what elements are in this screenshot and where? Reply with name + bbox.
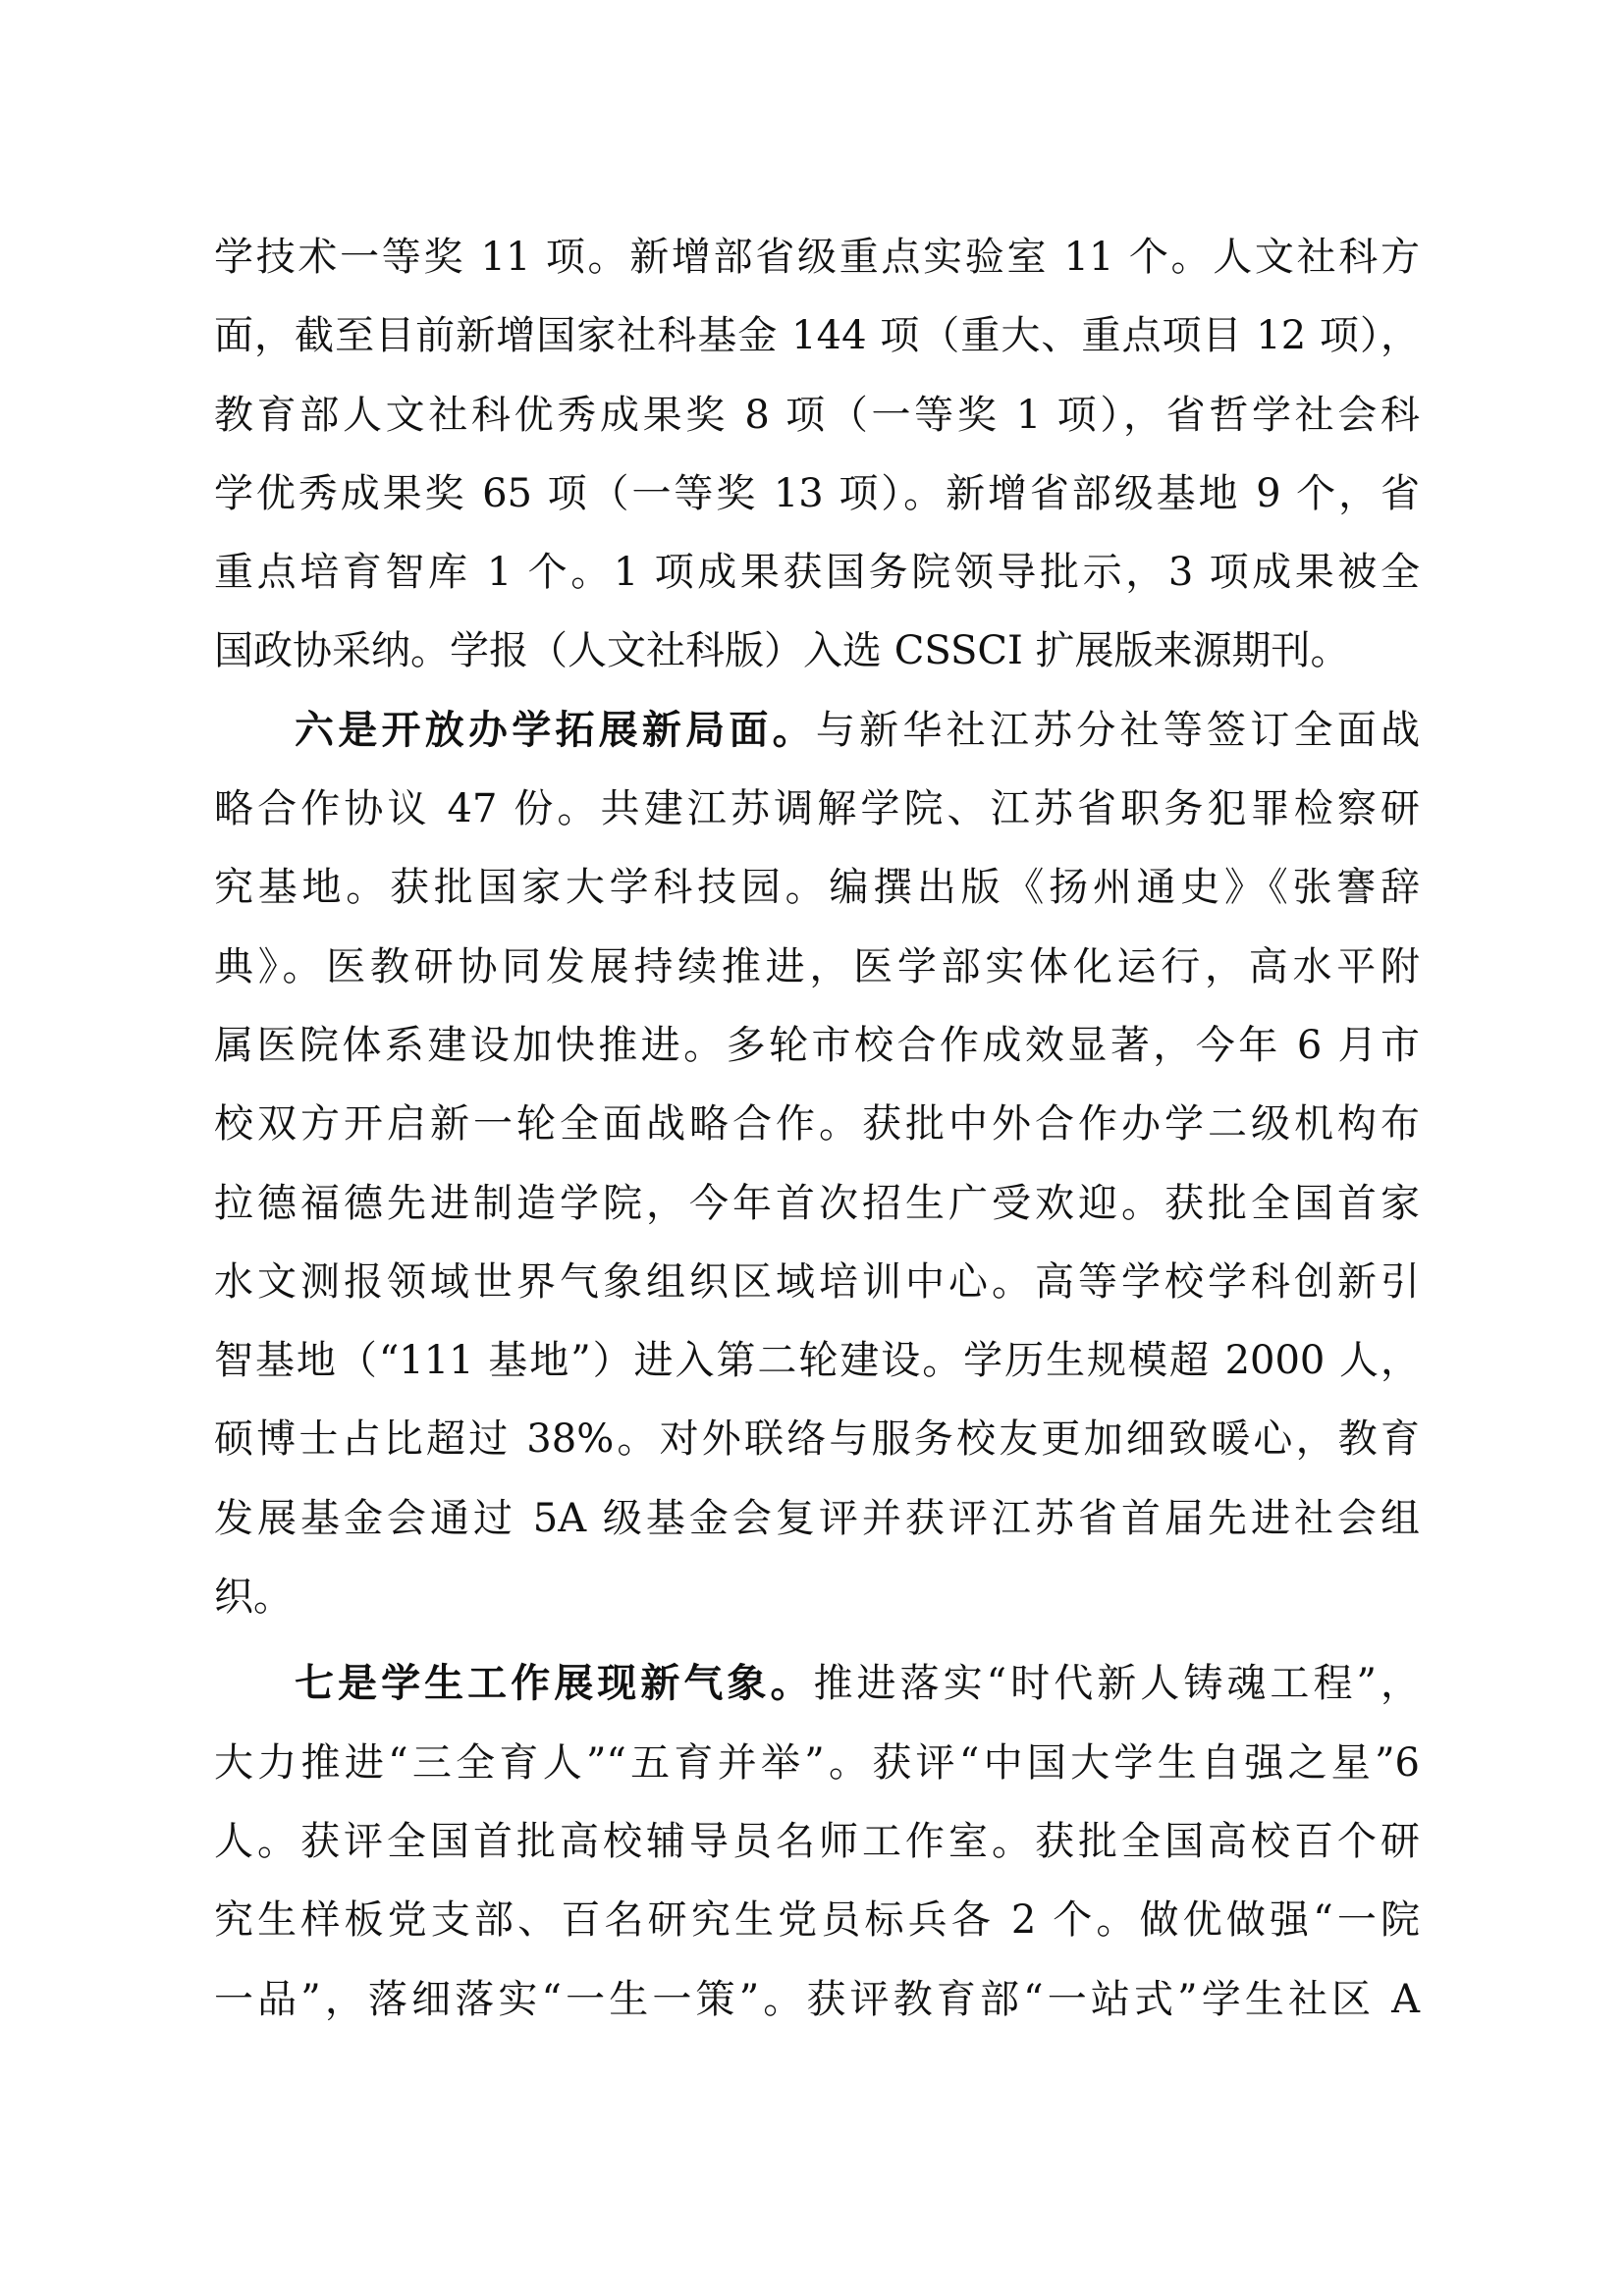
text-line: 究基地。获批国家大学科技园。编撰出版《扬州通史》《张謇辞 <box>214 848 1420 927</box>
text-line: 究生样板党支部、百名研究生党员标兵各 2 个。做优做强“一院 <box>214 1881 1420 1959</box>
text-line: 面，截至目前新增国家社科基金 144 项（重大、重点项目 12 项）， <box>214 296 1420 375</box>
document-page: 学技术一等奖 11 项。新增部省级重点实验室 11 个。人文社科方 面，截至目前… <box>214 218 1420 2039</box>
paragraph-research-continuation: 学技术一等奖 11 项。新增部省级重点实验室 11 个。人文社科方 面，截至目前… <box>214 218 1420 691</box>
text-line: 学优秀成果奖 65 项（一等奖 13 项）。新增省部级基地 9 个，省 <box>214 454 1420 533</box>
text-line: 硕博士占比超过 38%。对外联络与服务校友更加细致暖心，教育 <box>214 1400 1420 1478</box>
text-line: 一品”，落细落实“一生一策”。获评教育部“一站式”学生社区 A <box>214 1960 1420 2039</box>
text-line: 学技术一等奖 11 项。新增部省级重点实验室 11 个。人文社科方 <box>214 218 1420 296</box>
text-line: 重点培育智库 1 个。1 项成果获国务院领导批示，3 项成果被全 <box>214 533 1420 612</box>
section-heading: 七是学生工作展现新气象。 <box>295 1661 814 1706</box>
text-line: 大力推进“三全育人”“五育并举”。获评“中国大学生自强之星”6 <box>214 1724 1420 1802</box>
paragraph-spacer <box>214 1636 1420 1644</box>
text-line: 拉德福德先进制造学院，今年首次招生广受欢迎。获批全国首家 <box>214 1164 1420 1243</box>
text-line: 校双方开启新一轮全面战略合作。获批中外合作办学二级机构布 <box>214 1085 1420 1163</box>
text-line: 人。获评全国首批高校辅导员名师工作室。获批全国高校百个研 <box>214 1802 1420 1881</box>
paragraph-open-education: 六是开放办学拓展新局面。与新华社江苏分社等签订全面战 略合作协议 47 份。共建… <box>214 691 1420 1637</box>
text-line: 国政协采纳。学报（人文社科版）入选 CSSCI 扩展版来源期刊。 <box>214 612 1420 690</box>
text-line: 发展基金会通过 5A 级基金会复评并获评江苏省首届先进社会组 <box>214 1479 1420 1558</box>
text-line: 典》。医教研协同发展持续推进，医学部实体化运行，高水平附 <box>214 928 1420 1006</box>
text-line: 教育部人文社科优秀成果奖 8 项（一等奖 1 项），省哲学社会科 <box>214 376 1420 454</box>
text-line: 略合作协议 47 份。共建江苏调解学院、江苏省职务犯罪检察研 <box>214 770 1420 848</box>
text-line: 织。 <box>214 1558 1420 1636</box>
text-line: 智基地（“111 基地”）进入第二轮建设。学历生规模超 2000 人， <box>214 1321 1420 1400</box>
text-line: 水文测报领域世界气象组织区域培训中心。高等学校学科创新引 <box>214 1243 1420 1321</box>
paragraph-first-line: 七是学生工作展现新气象。推进落实“时代新人铸魂工程”， <box>214 1644 1420 1723</box>
text-run: 与新华社江苏分社等签订全面战 <box>816 708 1420 753</box>
section-heading: 六是开放办学拓展新局面。 <box>295 708 816 753</box>
text-line: 属医院体系建设加快推进。多轮市校合作成效显著，今年 6 月市 <box>214 1006 1420 1085</box>
paragraph-student-work: 七是学生工作展现新气象。推进落实“时代新人铸魂工程”， 大力推进“三全育人”“五… <box>214 1644 1420 2038</box>
text-run: 推进落实“时代新人铸魂工程”， <box>814 1661 1421 1706</box>
paragraph-first-line: 六是开放办学拓展新局面。与新华社江苏分社等签订全面战 <box>214 691 1420 770</box>
